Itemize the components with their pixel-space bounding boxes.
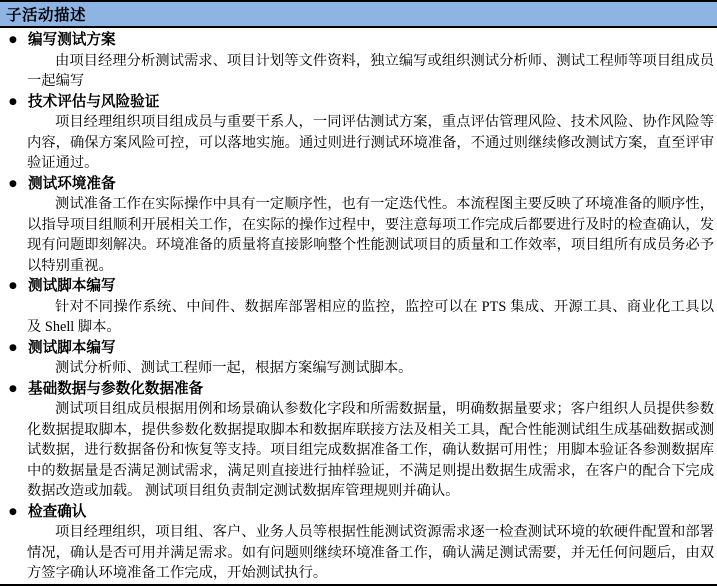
section-title-row: ● 基础数据与参数化数据准备 <box>0 379 717 400</box>
section-title: 测试脚本编写 <box>28 278 116 294</box>
section-title: 技术评估与风险验证 <box>28 94 159 110</box>
section-body-text: 测试分析师、测试工程师一起，根据方案编写测试脚本。 <box>27 358 714 379</box>
activity-section: ● 测试环境准备 测试准备工作在实际操作中具有一定顺序性，也有一定迭代性。本流程… <box>0 174 717 277</box>
section-title-row: ● 测试环境准备 <box>0 174 717 195</box>
section-title-row: ● 技术评估与风险验证 <box>0 92 717 113</box>
bullet-icon: ● <box>9 338 17 359</box>
section-body-text: 测试项目组成员根据用例和场景确认参数化字段和所需数据量，明确数据量要求；客户组织… <box>27 399 714 502</box>
section-title-row: ● 测试脚本编写 <box>0 338 717 359</box>
document-header-title: 子活动描述 <box>6 3 86 25</box>
activity-section: ● 技术评估与风险验证 项目经理组织项目组成员与重要干系人，一同评估测试方案，重… <box>0 92 717 174</box>
bullet-icon: ● <box>9 276 17 297</box>
bullet-icon: ● <box>9 379 17 400</box>
sub-activity-description-document: 子活动描述 ● 编写测试方案 由项目经理分析测试需求、项目计划等文件资料，独立编… <box>0 0 717 586</box>
section-body-text: 针对不同操作系统、中间件、数据库部署相应的监控，监控可以在 PTS 集成、开源工… <box>27 297 714 338</box>
document-header-bar: 子活动描述 <box>0 0 717 28</box>
section-title: 编写测试方案 <box>28 32 116 48</box>
bullet-icon: ● <box>9 30 17 51</box>
section-title: 基础数据与参数化数据准备 <box>28 381 203 397</box>
bullet-icon: ● <box>9 502 17 523</box>
activity-section: ● 编写测试方案 由项目经理分析测试需求、项目计划等文件资料，独立编写或组织测试… <box>0 30 717 92</box>
section-title: 测试脚本编写 <box>28 340 116 356</box>
activity-section: ● 测试脚本编写 测试分析师、测试工程师一起，根据方案编写测试脚本。 <box>0 338 717 379</box>
activity-section: ● 基础数据与参数化数据准备 测试项目组成员根据用例和场景确认参数化字段和所需数… <box>0 379 717 502</box>
section-body-text: 项目经理组织项目组成员与重要干系人，一同评估测试方案，重点评估管理风险、技术风险… <box>27 112 714 174</box>
section-title-row: ● 测试脚本编写 <box>0 276 717 297</box>
bullet-icon: ● <box>9 92 17 113</box>
section-body-text: 测试准备工作在实际操作中具有一定顺序性，也有一定迭代性。本流程图主要反映了环境准… <box>27 194 714 276</box>
sections-container: ● 编写测试方案 由项目经理分析测试需求、项目计划等文件资料，独立编写或组织测试… <box>0 28 717 584</box>
section-title: 检查确认 <box>28 504 86 520</box>
section-title: 测试环境准备 <box>28 176 116 192</box>
activity-section: ● 检查确认 项目经理组织，项目组、客户、业务人员等根据性能测试资源需求逐一检查… <box>0 502 717 584</box>
section-body-text: 项目经理组织，项目组、客户、业务人员等根据性能测试资源需求逐一检查测试环境的软硬… <box>27 522 714 584</box>
activity-section: ● 测试脚本编写 针对不同操作系统、中间件、数据库部署相应的监控，监控可以在 P… <box>0 276 717 338</box>
section-title-row: ● 编写测试方案 <box>0 30 717 51</box>
section-title-row: ● 检查确认 <box>0 502 717 523</box>
section-body-text: 由项目经理分析测试需求、项目计划等文件资料，独立编写或组织测试分析师、测试工程师… <box>27 51 714 92</box>
bullet-icon: ● <box>9 174 17 195</box>
